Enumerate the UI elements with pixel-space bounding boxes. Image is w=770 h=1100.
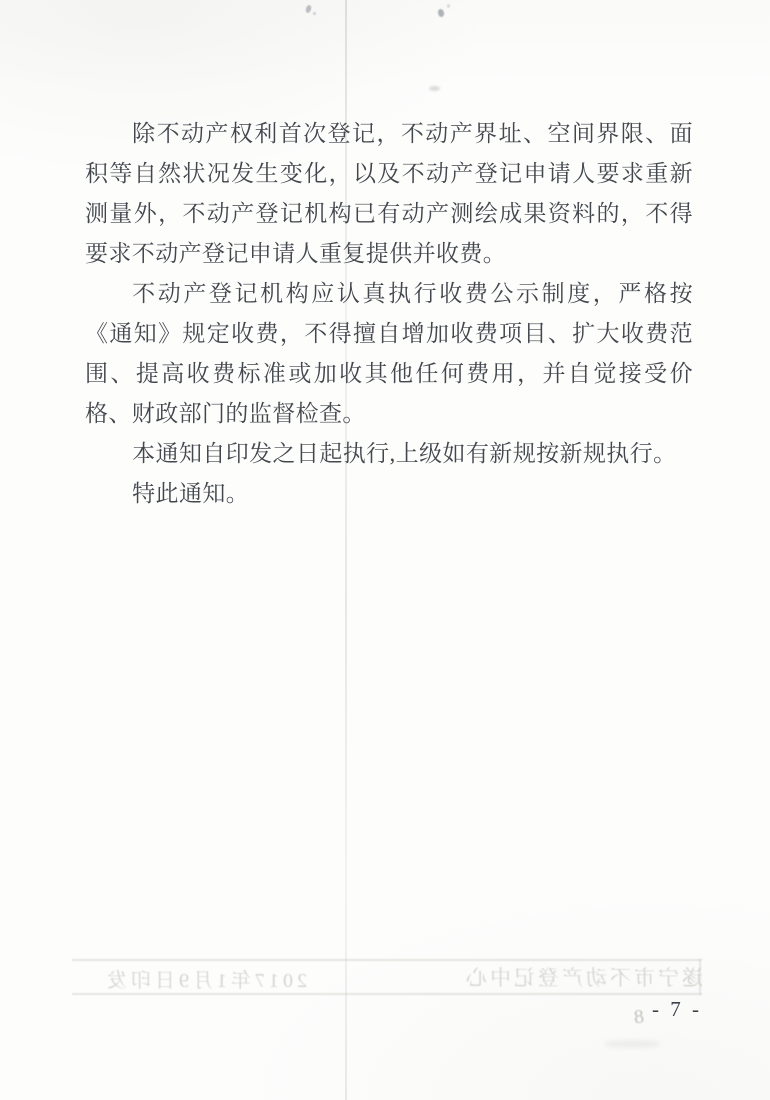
scan-smudge <box>313 12 316 15</box>
bleed-through-office-text: 遂宁市不动产登记中心 <box>463 962 703 992</box>
scan-smudge <box>447 4 450 8</box>
scan-smudge <box>605 1040 660 1048</box>
notice-body-text: 除不动产权利首次登记，不动产界址、空间界限、面积等自然状况发生变化，以及不动产登… <box>85 114 693 514</box>
bleed-through-date-text: 2017年1月9日印发 <box>95 964 315 993</box>
scan-smudge <box>429 86 440 91</box>
notice-paragraph: 本通知自印发之日起执行,上级如有新规按新规执行。 <box>85 434 693 474</box>
bleed-through-rule-bottom <box>72 993 702 995</box>
notice-paragraph: 不动产登记机构应认真执行收费公示制度，严格按《通知》规定收费，不得擅自增加收费项… <box>85 274 693 434</box>
notice-paragraph: 除不动产权利首次登记，不动产界址、空间界限、面积等自然状况发生变化，以及不动产登… <box>85 114 693 274</box>
scan-smudge <box>305 4 312 13</box>
page-number: - 7 - <box>652 997 702 1022</box>
bleed-through-rule-top <box>72 959 702 961</box>
bleed-through-page-number: 8 <box>633 1006 645 1030</box>
scanned-document-page: 除不动产权利首次登记，不动产界址、空间界限、面积等自然状况发生变化，以及不动产登… <box>0 0 770 1100</box>
notice-paragraph: 特此通知。 <box>85 474 693 514</box>
scan-smudge <box>437 8 445 17</box>
